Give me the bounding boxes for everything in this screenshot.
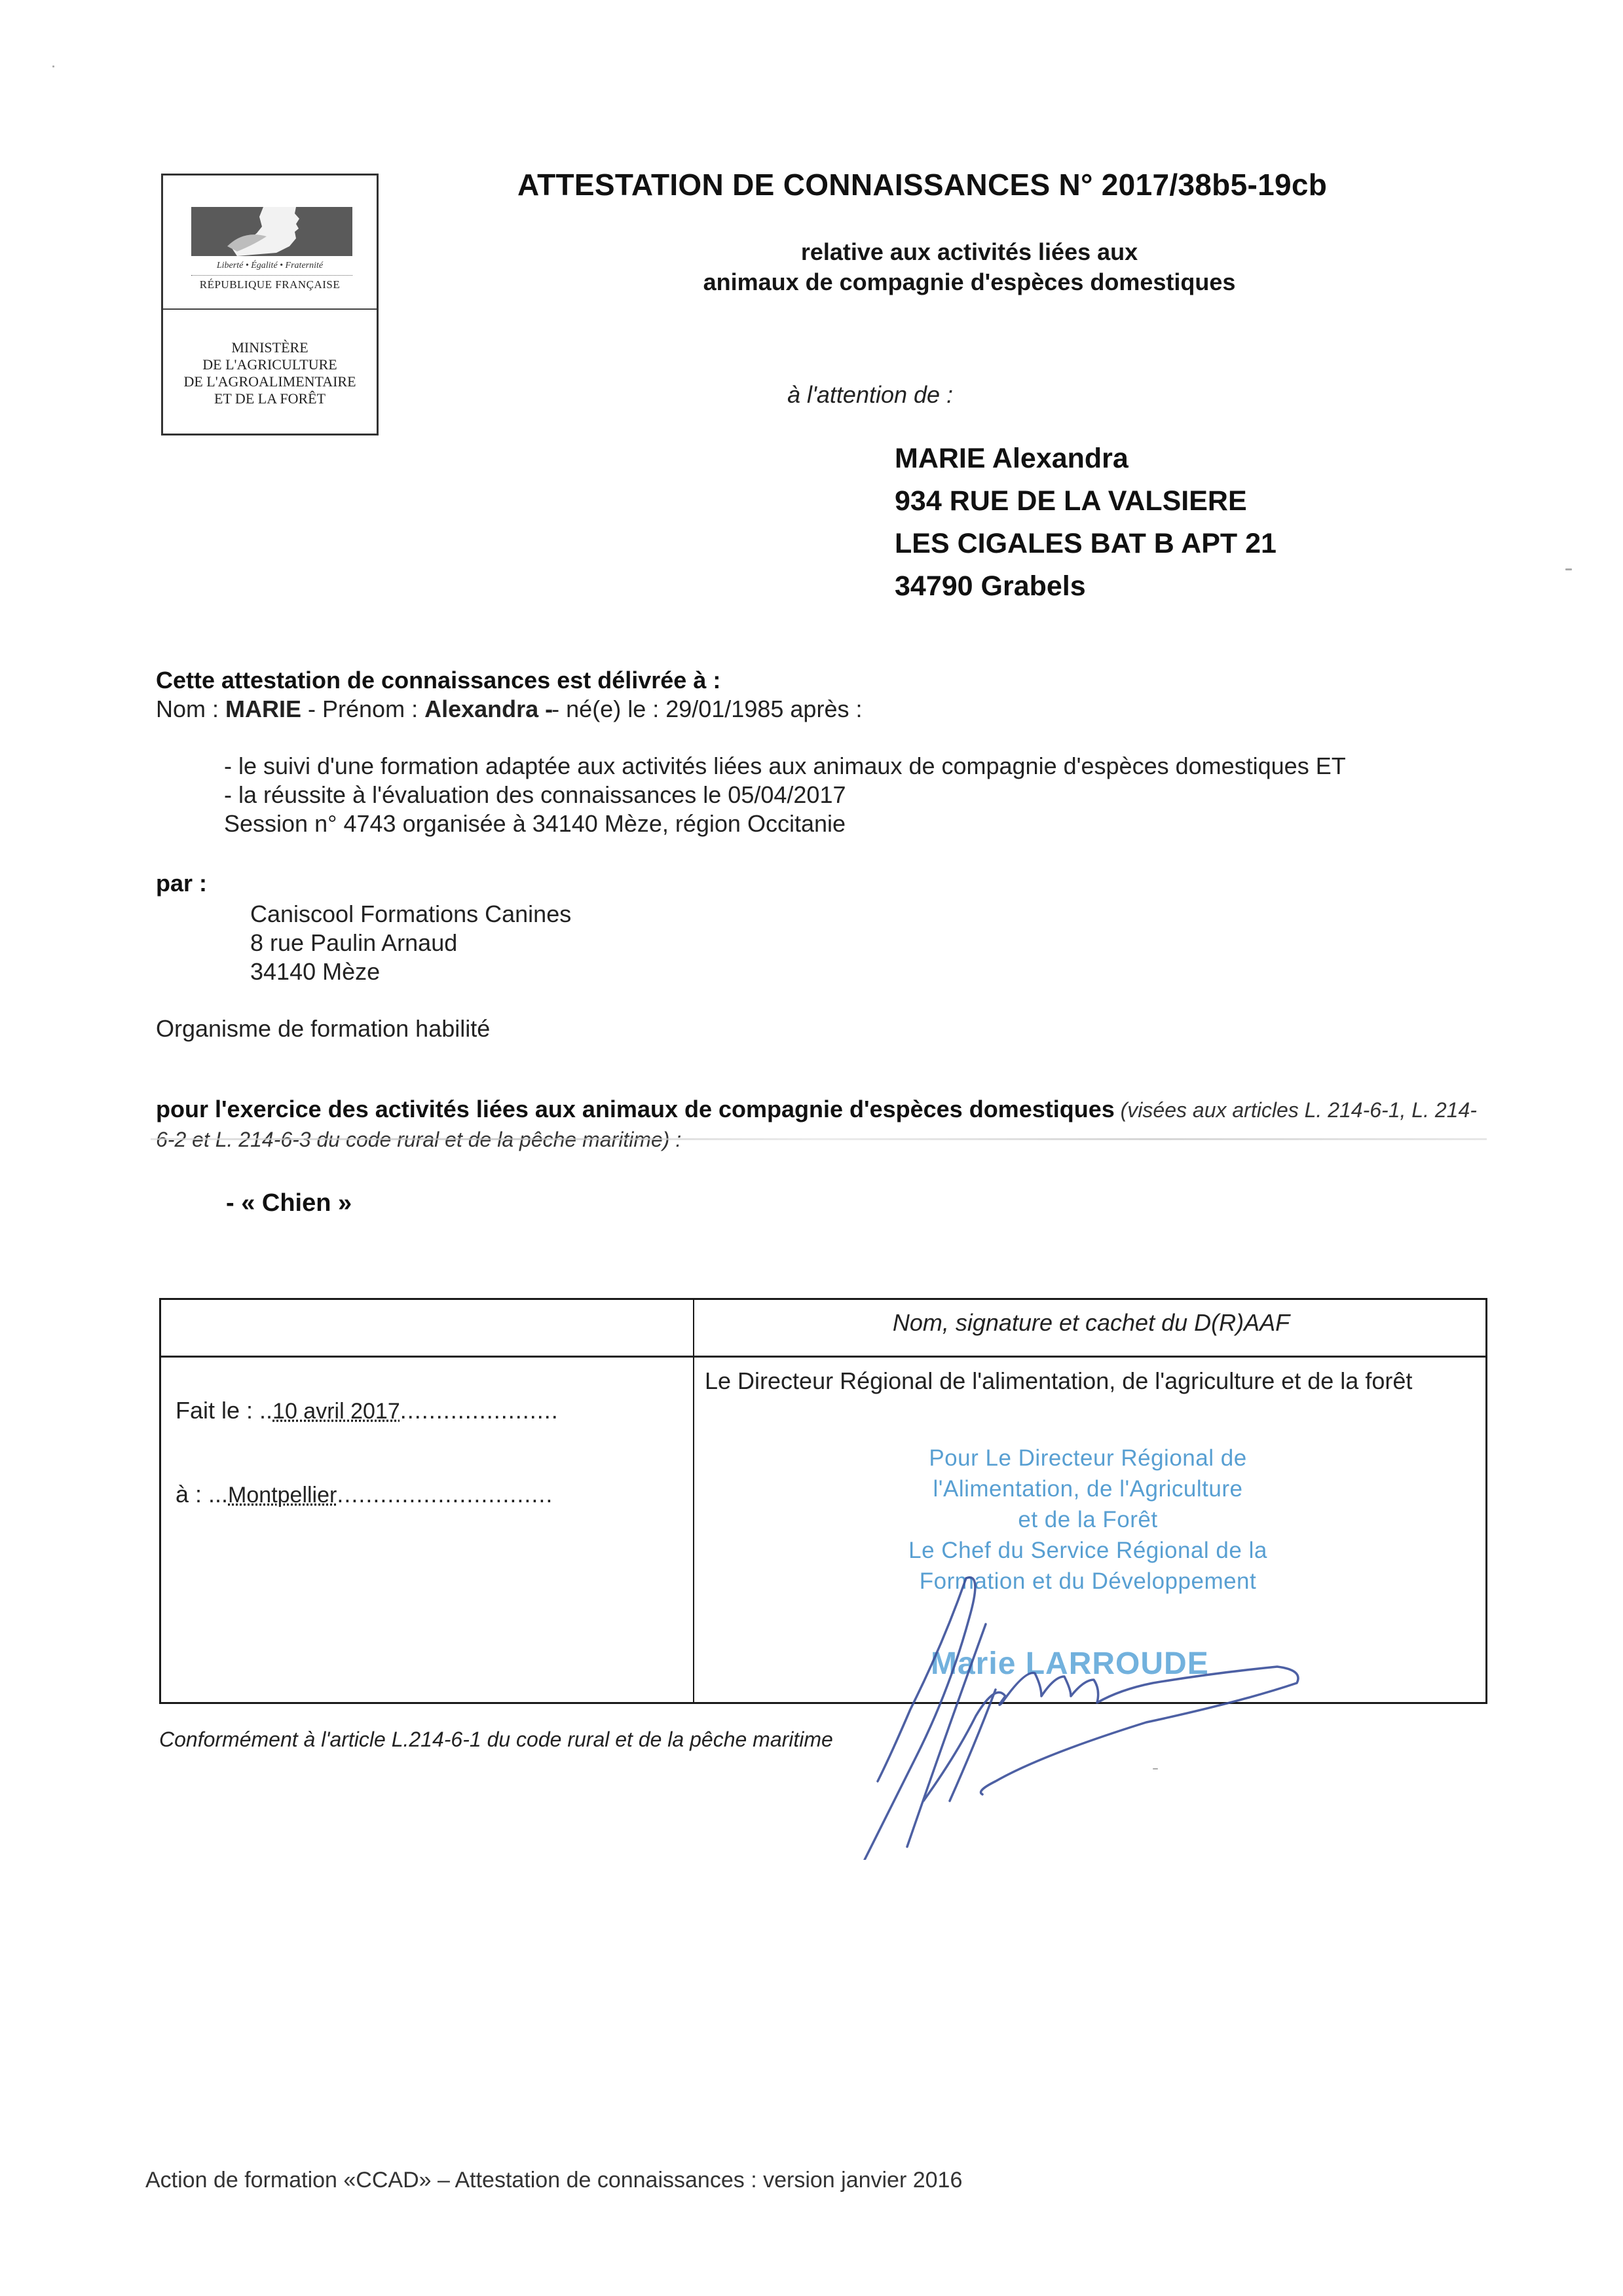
recipient-name: MARIE Alexandra bbox=[895, 437, 1277, 480]
activity-scope: pour l'exercice des activités liées aux … bbox=[156, 1095, 1492, 1154]
official-stamp: Pour Le Directeur Régional de l'Alimenta… bbox=[695, 1443, 1481, 1597]
motto-divider bbox=[191, 275, 352, 276]
legal-compliance-note: Conformément à l'article L.214-6-1 du co… bbox=[159, 1728, 833, 1752]
scope-text: pour l'exercice des activités liées aux … bbox=[156, 1096, 1115, 1122]
scan-speck bbox=[1565, 568, 1572, 570]
organization-name: Caniscool Formations Canines bbox=[250, 900, 571, 929]
birth-date: 29/01/1985 bbox=[665, 695, 783, 722]
nom-label: Nom : bbox=[156, 695, 225, 722]
recipient-city: 34790 Grabels bbox=[895, 565, 1277, 608]
issue-place-value: Montpellier bbox=[228, 1483, 337, 1508]
recipient-street: 934 RUE DE LA VALSIERE bbox=[895, 480, 1277, 523]
signature-table: Nom, signature et cachet du D(R)AAF Fait… bbox=[159, 1298, 1487, 1704]
ministry-line: DE L'AGROALIMENTAIRE bbox=[163, 373, 377, 390]
table-row-divider bbox=[161, 1356, 1485, 1358]
recipient-address: MARIE Alexandra 934 RUE DE LA VALSIERE L… bbox=[895, 437, 1277, 608]
issue-date: Fait le : ..10 avril 2017...............… bbox=[176, 1397, 559, 1424]
organization-status: Organisme de formation habilité bbox=[156, 1015, 490, 1043]
ministry-name: MINISTÈRE DE L'AGRICULTURE DE L'AGROALIM… bbox=[163, 339, 377, 407]
ministry-line: MINISTÈRE bbox=[163, 339, 377, 356]
prenom-label: - Prénom : bbox=[301, 695, 424, 722]
organization-street: 8 rue Paulin Arnaud bbox=[250, 929, 571, 957]
organization-city: 34140 Mèze bbox=[250, 957, 571, 986]
document-footer: Action de formation «CCAD» – Attestation… bbox=[145, 2168, 962, 2193]
issue-place: à : ...Montpellier......................… bbox=[176, 1481, 553, 1508]
delivery-conditions: - le suivi d'une formation adaptée aux a… bbox=[224, 752, 1346, 838]
birth-label: - né(e) le : bbox=[545, 695, 665, 722]
holder-identity: Nom : MARIE - Prénom : Alexandra - - né(… bbox=[156, 695, 862, 723]
document-title: ATTESTATION DE CONNAISSANCES N° 2017/38b… bbox=[517, 167, 1327, 202]
ministry-line: DE L'AGRICULTURE bbox=[163, 356, 377, 373]
scan-speck bbox=[52, 65, 54, 67]
fait-label: Fait le : .. bbox=[176, 1397, 272, 1424]
ministry-line: ET DE LA FORÊT bbox=[163, 390, 377, 407]
fill-dots: .............................. bbox=[337, 1481, 553, 1508]
stamp-line: Le Chef du Service Régional de la bbox=[695, 1535, 1481, 1566]
holder-firstname: Alexandra bbox=[424, 695, 538, 722]
subtitle-line: relative aux activités liées aux bbox=[655, 237, 1284, 267]
director-title: Le Directeur Régional de l'alimentation,… bbox=[705, 1367, 1471, 1396]
stamp-line: l'Alimentation, de l'Agriculture bbox=[695, 1473, 1481, 1504]
par-label: par : bbox=[156, 870, 207, 897]
republic-motto: Liberté • Égalité • Fraternité bbox=[163, 261, 377, 271]
marianne-icon bbox=[191, 207, 352, 256]
scan-speck bbox=[1153, 1768, 1158, 1769]
issue-date-value: 10 avril 2017 bbox=[272, 1399, 400, 1424]
condition-evaluation: - la réussite à l'évaluation des connais… bbox=[224, 781, 1346, 809]
species-item: - « Chien » bbox=[226, 1189, 352, 1217]
signature-column-header: Nom, signature et cachet du D(R)AAF bbox=[695, 1309, 1487, 1337]
republique-francaise-logo: Liberté • Égalité • Fraternité RÉPUBLIQU… bbox=[161, 174, 379, 435]
recipient-building: LES CIGALES BAT B APT 21 bbox=[895, 523, 1277, 565]
document-subtitle: relative aux activités liées aux animaux… bbox=[655, 237, 1284, 297]
after-label: après : bbox=[783, 695, 862, 722]
signatory-name: Marie LARROUDE bbox=[931, 1646, 1209, 1682]
training-organization: Caniscool Formations Canines 8 rue Pauli… bbox=[250, 900, 571, 986]
republic-label: RÉPUBLIQUE FRANÇAISE bbox=[163, 278, 377, 291]
session-info: Session n° 4743 organisée à 34140 Mèze, … bbox=[224, 809, 1346, 838]
lieu-label: à : ... bbox=[176, 1481, 228, 1508]
holder-surname: MARIE bbox=[225, 695, 301, 722]
delivery-heading: Cette attestation de connaissances est d… bbox=[156, 667, 720, 694]
fill-dots: ...................... bbox=[400, 1397, 559, 1424]
stamp-line: Formation et du Développement bbox=[695, 1566, 1481, 1597]
logo-emblem-section: Liberté • Égalité • Fraternité RÉPUBLIQU… bbox=[163, 176, 377, 310]
condition-training: - le suivi d'une formation adaptée aux a… bbox=[224, 752, 1346, 781]
subtitle-line: animaux de compagnie d'espèces domestiqu… bbox=[655, 267, 1284, 297]
table-column-divider bbox=[693, 1300, 694, 1702]
stamp-line: Pour Le Directeur Régional de bbox=[695, 1443, 1481, 1473]
scan-artifact bbox=[151, 1138, 1487, 1140]
stamp-line: et de la Forêt bbox=[695, 1504, 1481, 1535]
attention-label: à l'attention de : bbox=[787, 381, 953, 409]
